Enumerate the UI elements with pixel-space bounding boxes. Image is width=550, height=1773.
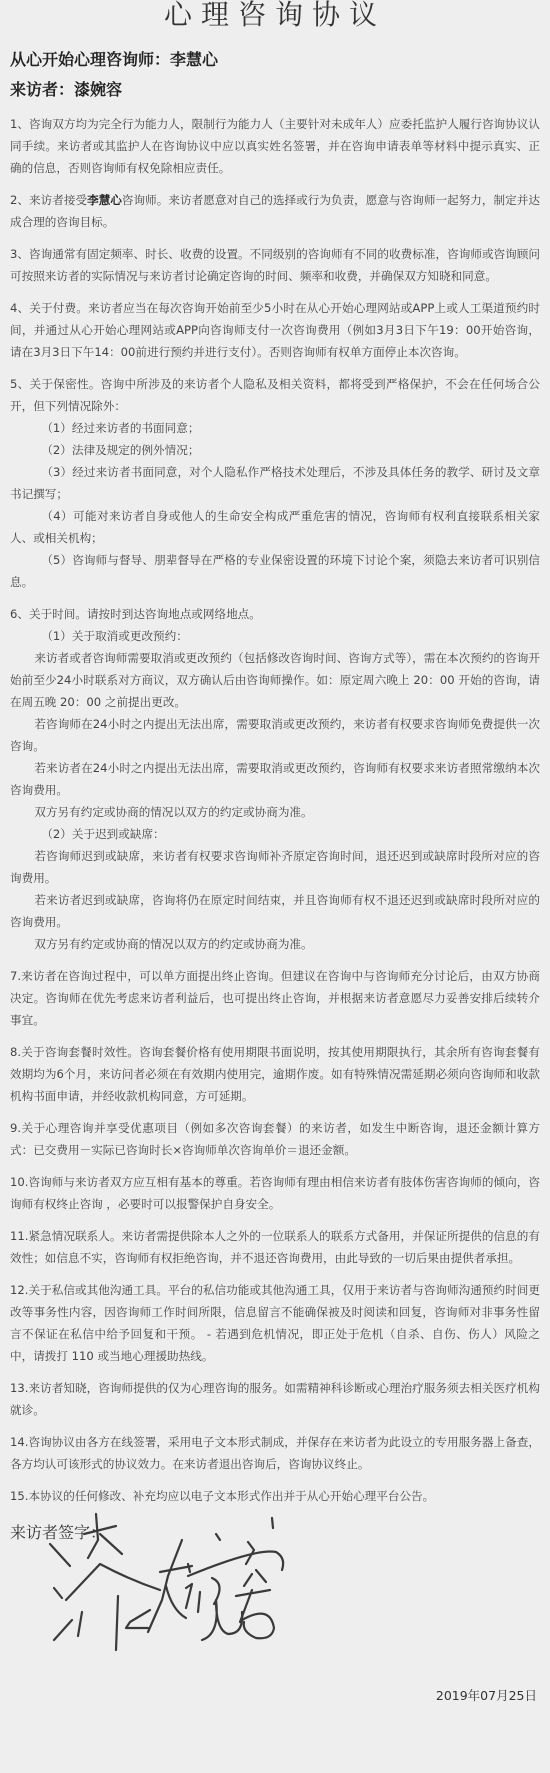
clause-6-sub1-title: （1）关于取消或更改预约： <box>10 625 540 647</box>
clause-5-intro: 5、关于保密性。咨询中所涉及的来访者个人隐私及相关资料，都将受到严格保护，不会在… <box>10 373 540 417</box>
clauses-list: 1、咨询双方均为完全行为能力人，限制行为能力人（主要针对未成年人）应委托监护人履… <box>10 113 540 1507</box>
clause-6-sub1-para: 双方另有约定或协商的情况以双方的约定或协商为准。 <box>10 801 540 823</box>
clause-4: 4、关于付费。来访者应当在每次咨询开始前至少5小时在从心开始心理网站或APP上或… <box>10 297 540 363</box>
clause-5-item: （5）咨询师与督导、朋辈督导在严格的专业保密设置的环境下讨论个案，须隐去来访者可… <box>10 549 540 593</box>
visitor-name: 漆婉容 <box>74 80 122 99</box>
clause-6-sub2-para: 若来访者迟到或缺席，咨询将仍在原定时间结束，并且咨询师有权不退还迟到或缺席时段所… <box>10 889 540 933</box>
clause-13: 13.来访者知晓，咨询师提供的仅为心理咨询的服务。如需精神科诊断或心理治疗服务须… <box>10 1377 540 1421</box>
clause-6-sub2-para: 若咨询师迟到或缺席，来访者有权要求咨询师补齐原定咨询时间，退还迟到或缺席时段所对… <box>10 845 540 889</box>
clause-14: 14.咨询协议由各方在线签署，采用电子文本形式制成，并保存在来访者为此设立的专用… <box>10 1431 540 1475</box>
visitor-label: 来访者： <box>10 80 74 99</box>
clause-5-item: （2）法律及规定的例外情况； <box>10 439 540 461</box>
clause-6: 6、关于时间。请按时到达咨询地点或网络地点。 （1）关于取消或更改预约： 来访者… <box>10 603 540 955</box>
clause-6-sub1-para: 来访者或者咨询师需要取消或更改预约（包括修改咨询时间、咨询方式等），需在本次预约… <box>10 647 540 713</box>
clause-2-prefix: 2、来访者接受 <box>10 193 87 207</box>
clause-5-item: （4）可能对来访者自身或他人的生命安全构成严重危害的情况，咨询师有权利直接联系相… <box>10 505 540 549</box>
clause-6-sub2-para: 双方另有约定或协商的情况以双方的约定或协商为准。 <box>10 933 540 955</box>
clause-5-item: （1）经过来访者的书面同意； <box>10 417 540 439</box>
clause-12: 12.关于私信或其他沟通工具。平台的私信功能或其他沟通工具，仅用于来访者与咨询师… <box>10 1279 540 1367</box>
clause-5-item: （3）经过来访者书面同意，对个人隐私作严格技术处理后，不涉及具体任务的教学、研讨… <box>10 461 540 505</box>
clause-8: 8.关于咨询套餐时效性。咨询套餐价格有使用期限书面说明，按其使用期限执行，其余所… <box>10 1041 540 1107</box>
clause-6-sub2-title: （2）关于迟到或缺席： <box>10 823 540 845</box>
clause-1: 1、咨询双方均为完全行为能力人，限制行为能力人（主要针对未成年人）应委托监护人履… <box>10 113 540 179</box>
signature-date: 2019年07月25日 <box>436 1686 537 1704</box>
clause-6-sub1-para: 若来访者在24小时之内提出无法出席，需要取消或更改预约，咨询师有权要求来访者照常… <box>10 757 540 801</box>
page-title: 心理咨询协议 <box>10 0 540 40</box>
clause-6-sub1-para: 若咨询师在24小时之内提出无法出席，需要取消或更改预约，来访者有权要求咨询师免费… <box>10 713 540 757</box>
clause-6-intro: 6、关于时间。请按时到达咨询地点或网络地点。 <box>10 603 540 625</box>
clause-7: 7.来访者在咨询过程中，可以单方面提出终止咨询。但建议在咨询中与咨询师充分讨论后… <box>10 965 540 1031</box>
handwritten-signature <box>30 1500 290 1660</box>
clause-9: 9.关于心理咨询并享受优惠项目（例如多次咨询套餐）的来访者，如发生中断咨询，退还… <box>10 1117 540 1161</box>
counselor-line: 从心开始心理咨询师：李慧心 <box>10 45 540 75</box>
clause-2-counselor-name: 李慧心 <box>87 193 122 207</box>
counselor-label: 从心开始心理咨询师： <box>10 50 170 69</box>
clause-11: 11.紧急情况联系人。来访者需提供除本人之外的一位联系人的联系方式备用，并保证所… <box>10 1225 540 1269</box>
clause-2: 2、来访者接受李慧心咨询师。来访者愿意对自己的选择或行为负责，愿意与咨询师一起努… <box>10 189 540 233</box>
visitor-line: 来访者：漆婉容 <box>10 75 540 105</box>
clause-5: 5、关于保密性。咨询中所涉及的来访者个人隐私及相关资料，都将受到严格保护，不会在… <box>10 373 540 593</box>
counselor-name: 李慧心 <box>170 50 218 69</box>
clause-10: 10.咨询师与来访者双方应互相有基本的尊重。若咨询师有理由相信来访者有肢体伤害咨… <box>10 1171 540 1215</box>
agreement-document: 心理咨询协议 从心开始心理咨询师：李慧心 来访者：漆婉容 1、咨询双方均为完全行… <box>0 0 550 1545</box>
clause-3: 3、咨询通常有固定频率、时长、收费的设置。不同级别的咨询师有不同的收费标准，咨询… <box>10 243 540 287</box>
